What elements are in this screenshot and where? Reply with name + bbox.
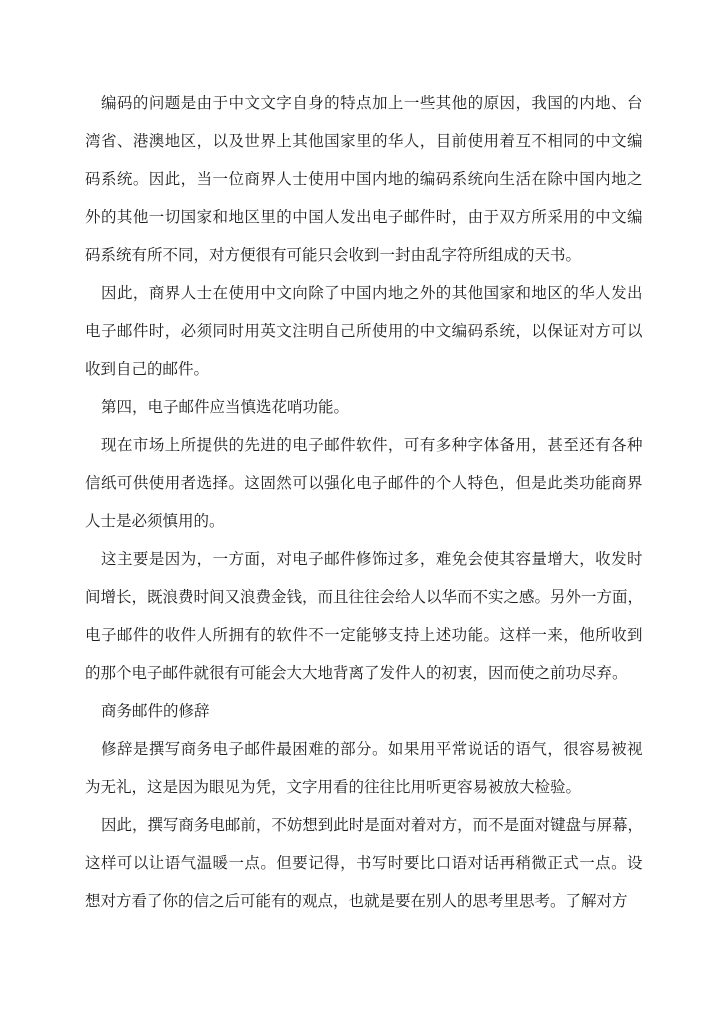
text-line-content: 为无礼，这是因为眼见为凭，文字用看的往往比用听更容易被放大检验。 xyxy=(85,778,581,796)
text-line-content: 的那个电子邮件就很有可能会大大地背离了发件人的初衷，因而使之前功尽弃。 xyxy=(85,664,628,682)
text-line: 人士是必须慎用的。 xyxy=(85,502,643,540)
text-line-content: 因此，撰写商务电邮前，不妨想到此时是面对着对方，而不是面对键盘与屏幕， xyxy=(101,816,643,834)
document-page: 编码的问题是由于中文文字自身的特点加上一些其他的原因，我国的内地、台湾省、港澳地… xyxy=(0,0,721,1020)
text-line-content: 电子邮件的收件人所拥有的软件不一定能够支持上述功能。这样一来，他所收到 xyxy=(85,626,643,644)
text-line-content: 信纸可供使用者选择。这固然可以强化电子邮件的个人特色，但是此类功能商界 xyxy=(85,474,643,492)
text-line: 外的其他一切国家和地区里的中国人发出电子邮件时，由于双方所采用的中文编 xyxy=(85,198,643,236)
text-line: 间增长，既浪费时间又浪费金钱，而且往往会给人以华而不实之感。另外一方面， xyxy=(85,578,643,616)
text-line-content: 间增长，既浪费时间又浪费金钱，而且往往会给人以华而不实之感。另外一方面， xyxy=(85,588,643,606)
text-line: 为无礼，这是因为眼见为凭，文字用看的往往比用听更容易被放大检验。 xyxy=(85,768,643,806)
text-line: 这主要是因为，一方面，对电子邮件修饰过多，难免会使其容量增大，收发时 xyxy=(85,540,643,578)
text-line-content: 编码的问题是由于中文文字自身的特点加上一些其他的原因，我国的内地、台 xyxy=(101,94,643,112)
text-line: 码系统有所不同，对方便很有可能只会收到一封由乱字符所组成的天书。 xyxy=(85,236,643,274)
text-line: 这样可以让语气温暖一点。但要记得，书写时要比口语对话再稍微正式一点。设 xyxy=(85,844,643,882)
text-line-content: 码系统。因此，当一位商界人士使用中国内地的编码系统向生活在除中国内地之 xyxy=(85,170,643,188)
text-line: 的那个电子邮件就很有可能会大大地背离了发件人的初衷，因而使之前功尽弃。 xyxy=(85,654,643,692)
text-line: 商务邮件的修辞 xyxy=(85,692,643,730)
text-line-content: 湾省、港澳地区，以及世界上其他国家里的华人，目前使用着互不相同的中文编 xyxy=(85,132,643,150)
text-line-content: 因此，商界人士在使用中文向除了中国内地之外的其他国家和地区的华人发出 xyxy=(101,284,643,302)
text-line-content: 收到自己的邮件。 xyxy=(85,360,209,378)
text-line-content: 这样可以让语气温暖一点。但要记得，书写时要比口语对话再稍微正式一点。设 xyxy=(85,854,643,872)
text-line: 码系统。因此，当一位商界人士使用中国内地的编码系统向生活在除中国内地之 xyxy=(85,160,643,198)
text-line-content: 人士是必须慎用的。 xyxy=(85,512,225,530)
text-line-content: 商务邮件的修辞 xyxy=(101,702,210,720)
text-line: 湾省、港澳地区，以及世界上其他国家里的华人，目前使用着互不相同的中文编 xyxy=(85,122,643,160)
text-line-content: 想对方看了你的信之后可能有的观点，也就是要在别人的思考里思考。了解对方 xyxy=(85,892,628,910)
text-line: 电子邮件的收件人所拥有的软件不一定能够支持上述功能。这样一来，他所收到 xyxy=(85,616,643,654)
text-line-content: 码系统有所不同，对方便很有可能只会收到一封由乱字符所组成的天书。 xyxy=(85,246,581,264)
text-line: 因此，撰写商务电邮前，不妨想到此时是面对着对方，而不是面对键盘与屏幕， xyxy=(85,806,643,844)
text-line: 因此，商界人士在使用中文向除了中国内地之外的其他国家和地区的华人发出 xyxy=(85,274,643,312)
text-line-content: 电子邮件时，必须同时用英文注明自己所使用的中文编码系统，以保证对方可以 xyxy=(85,322,643,340)
text-line-content: 第四，电子邮件应当慎选花哨功能。 xyxy=(101,398,349,416)
text-line: 现在市场上所提供的先进的电子邮件软件，可有多种字体备用，甚至还有各种 xyxy=(85,426,643,464)
text-line-content: 修辞是撰写商务电子邮件最困难的部分。如果用平常说话的语气，很容易被视 xyxy=(101,740,643,758)
document-text: 编码的问题是由于中文文字自身的特点加上一些其他的原因，我国的内地、台湾省、港澳地… xyxy=(85,84,643,920)
text-line: 信纸可供使用者选择。这固然可以强化电子邮件的个人特色，但是此类功能商界 xyxy=(85,464,643,502)
text-line: 修辞是撰写商务电子邮件最困难的部分。如果用平常说话的语气，很容易被视 xyxy=(85,730,643,768)
text-line: 电子邮件时，必须同时用英文注明自己所使用的中文编码系统，以保证对方可以 xyxy=(85,312,643,350)
text-line-content: 现在市场上所提供的先进的电子邮件软件，可有多种字体备用，甚至还有各种 xyxy=(101,436,643,454)
text-line-content: 这主要是因为，一方面，对电子邮件修饰过多，难免会使其容量增大，收发时 xyxy=(101,550,643,568)
text-line: 想对方看了你的信之后可能有的观点，也就是要在别人的思考里思考。了解对方 xyxy=(85,882,643,920)
text-line-content: 外的其他一切国家和地区里的中国人发出电子邮件时，由于双方所采用的中文编 xyxy=(85,208,643,226)
text-line: 编码的问题是由于中文文字自身的特点加上一些其他的原因，我国的内地、台 xyxy=(85,84,643,122)
text-line: 收到自己的邮件。 xyxy=(85,350,643,388)
text-line: 第四，电子邮件应当慎选花哨功能。 xyxy=(85,388,643,426)
